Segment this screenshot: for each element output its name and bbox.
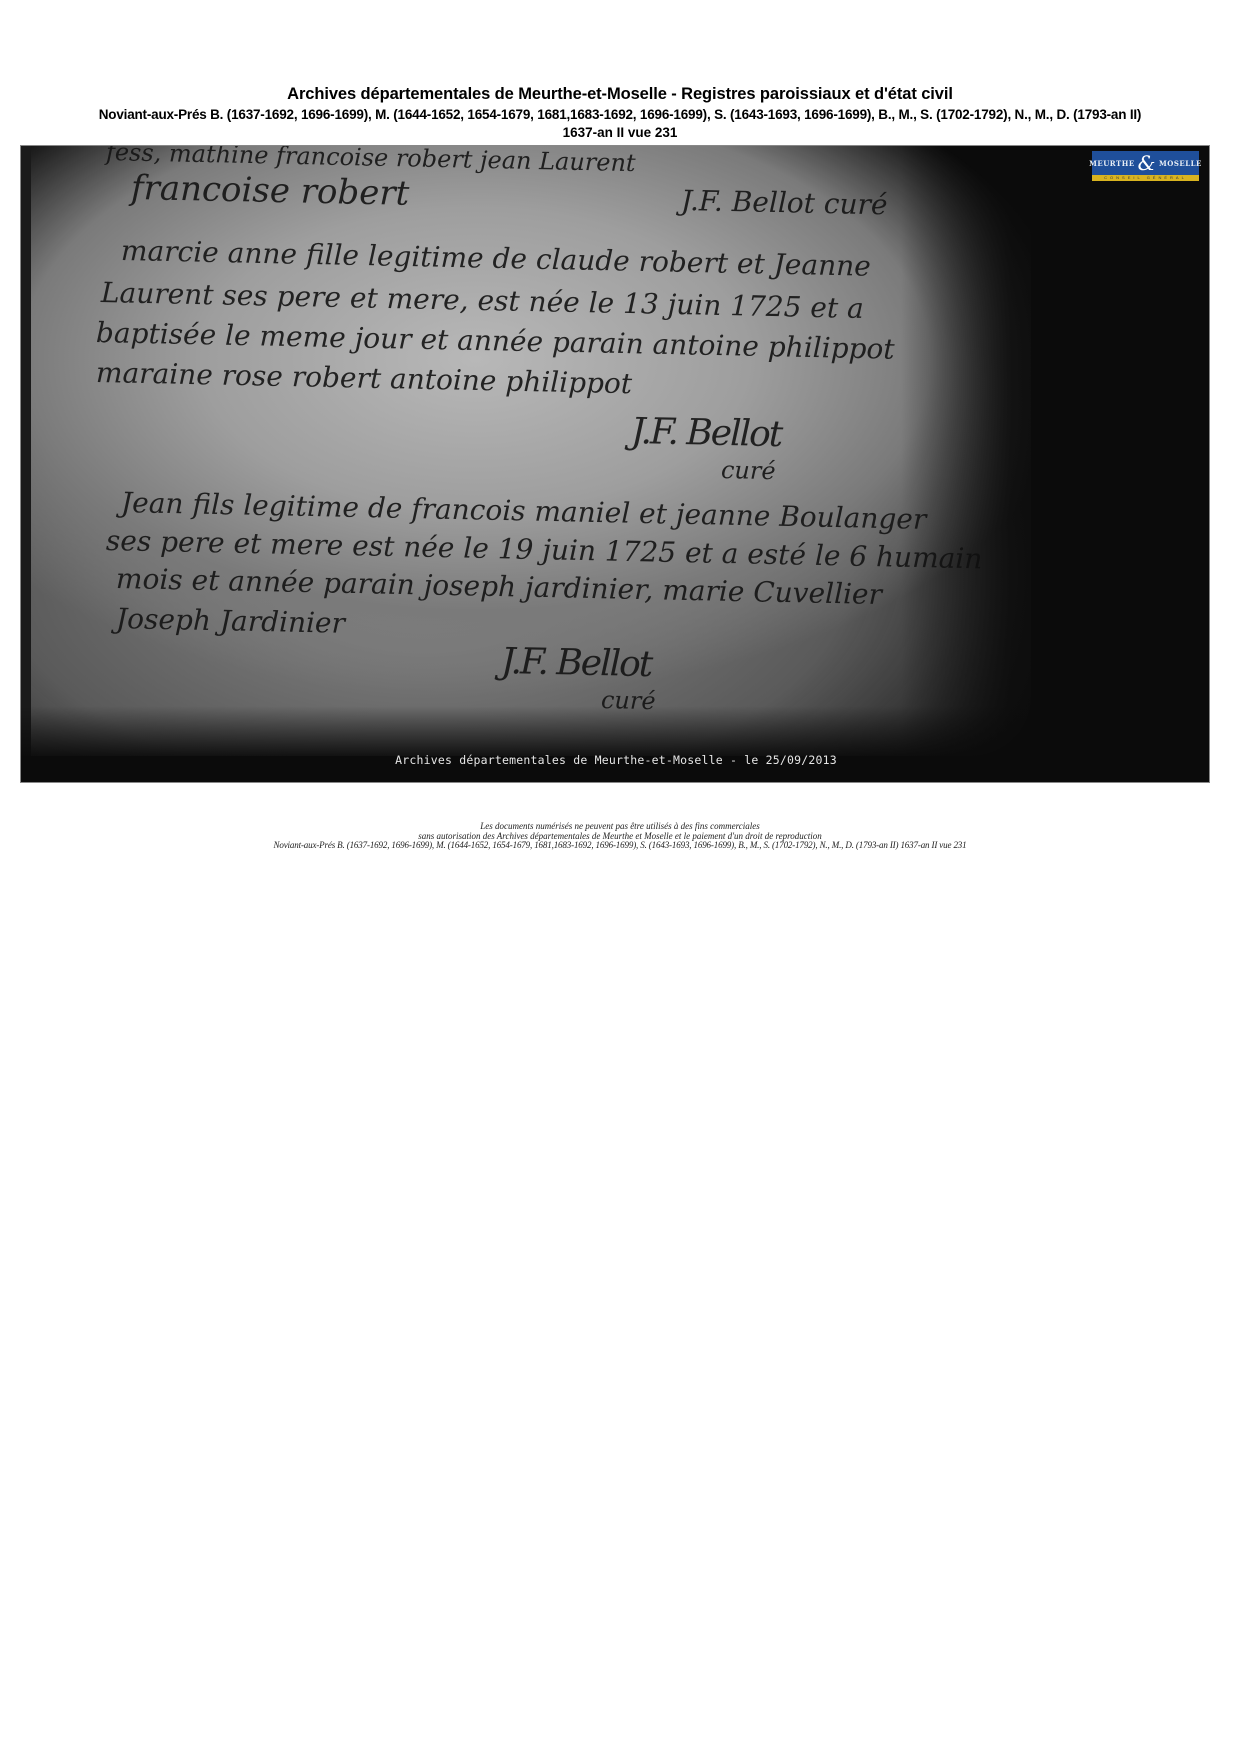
view-number: 1637-an II vue 231: [0, 124, 1240, 141]
archive-title: Archives départementales de Meurthe-et-M…: [0, 84, 1240, 104]
handwritten-line: francoise robert: [131, 168, 410, 214]
page-shadow: [901, 146, 1101, 783]
handwritten-line: Joseph Jardinier: [116, 602, 346, 640]
signature: J.F. Bellot: [501, 641, 652, 685]
signature: J.F. Bellot: [631, 411, 782, 455]
document-header: Archives départementales de Meurthe-et-M…: [0, 84, 1240, 141]
ampersand-icon: &: [1138, 153, 1156, 173]
usage-notice: Les documents numérisés ne peuvent pas ê…: [0, 822, 1240, 851]
meurthe-et-moselle-logo: MEURTHE & MOSELLE CONSEIL GÉNÉRAL: [1092, 151, 1199, 181]
logo-left-word: MEURTHE: [1089, 159, 1135, 168]
signature: J.F. Bellot curé: [681, 184, 888, 221]
binding-edge: [21, 146, 31, 756]
page-shadow: [21, 706, 1210, 783]
handwritten-line: curé: [721, 456, 776, 485]
archive-watermark: Archives départementales de Meurthe-et-M…: [21, 753, 1210, 767]
logo-right-word: MOSELLE: [1159, 159, 1202, 168]
register-scan-image: fess, mathine francoise robert jean Laur…: [20, 145, 1210, 783]
logo-band: CONSEIL GÉNÉRAL: [1092, 175, 1199, 181]
notice-line-3: Noviant-aux-Prés B. (1637-1692, 1696-169…: [0, 841, 1240, 851]
register-description: Noviant-aux-Prés B. (1637-1692, 1696-169…: [0, 105, 1240, 124]
